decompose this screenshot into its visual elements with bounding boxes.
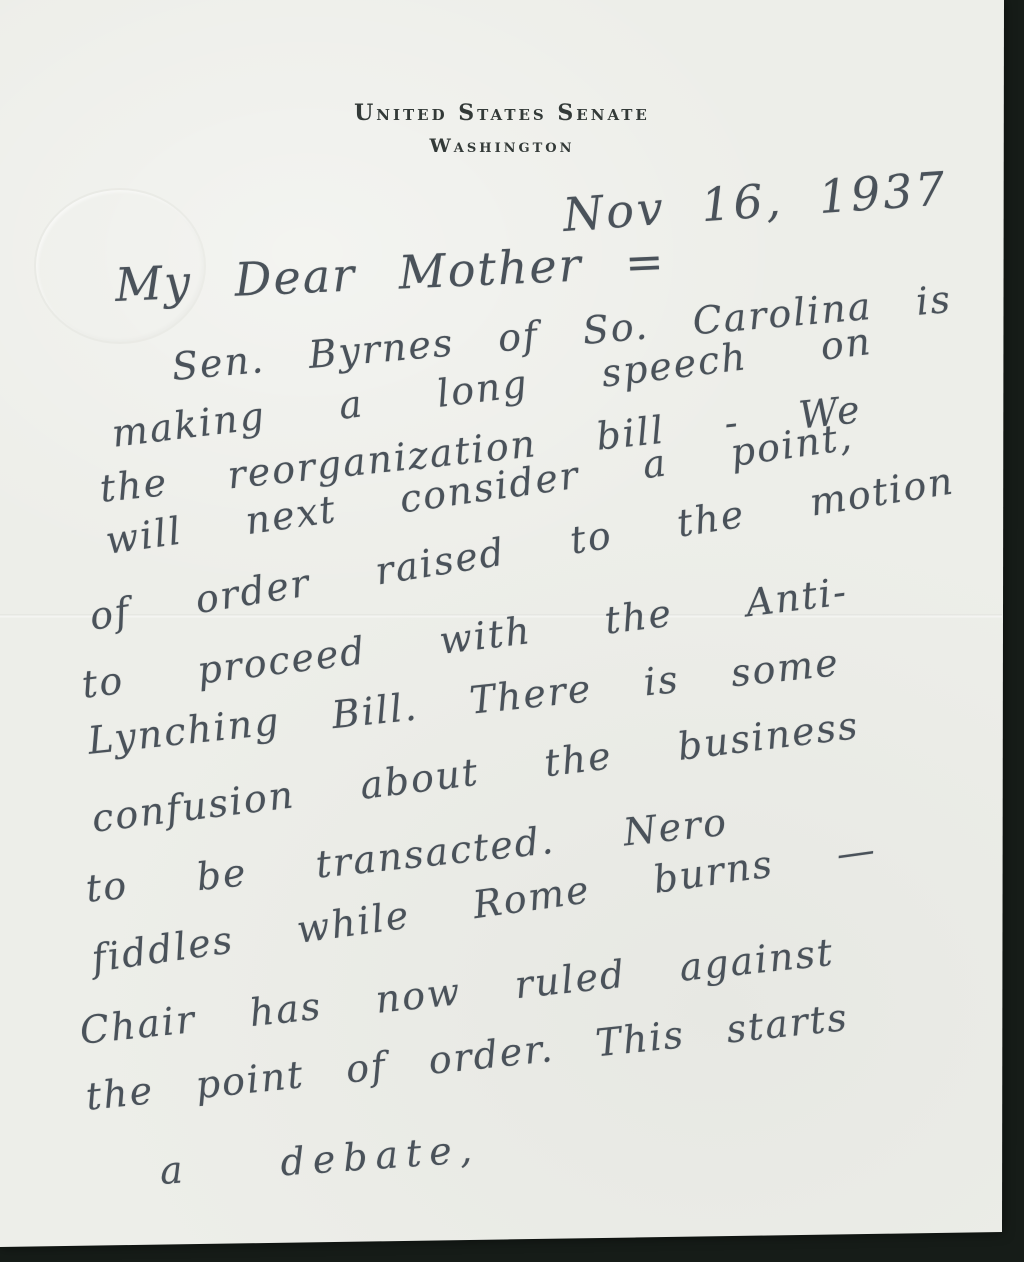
letterhead: United States Senate Washington <box>0 100 1004 157</box>
letter-paper: United States Senate Washington Nov 16, … <box>0 0 1024 1262</box>
handwritten-line: a debate, <box>159 1130 481 1190</box>
paper-shadow: United States Senate Washington Nov 16, … <box>0 0 1024 1262</box>
date-line: Nov 16, 1937 <box>561 165 949 238</box>
scanned-letter-page: United States Senate Washington Nov 16, … <box>0 0 1024 1262</box>
letterhead-washington: Washington <box>0 135 1004 157</box>
letterhead-senate: United States Senate <box>0 100 1004 126</box>
